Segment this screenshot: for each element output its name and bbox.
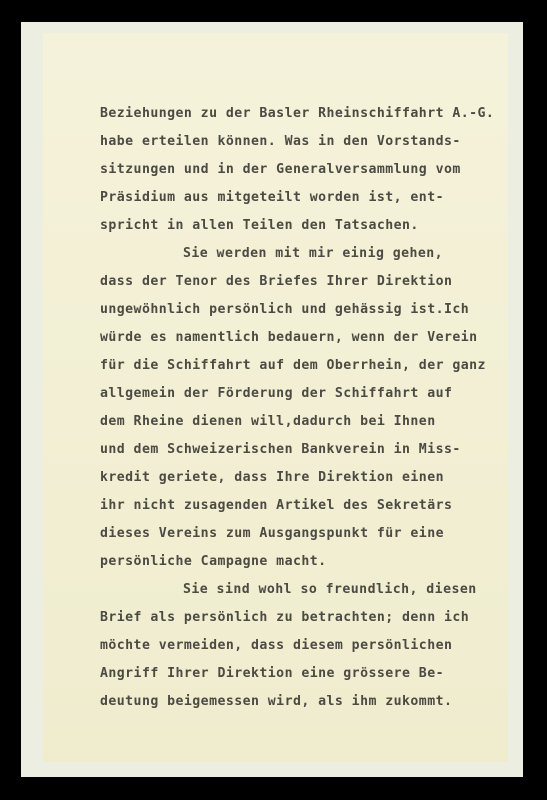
text-line: würde es namentlich bedauern, wenn der V…: [100, 328, 520, 356]
text-line: kredit geriete, dass Ihre Direktion eine…: [100, 468, 520, 496]
text-line: persönliche Campagne macht.: [100, 552, 520, 580]
text-line: dem Rheine dienen will,dadurch bei Ihnen: [100, 412, 520, 440]
text-line: für die Schiffahrt auf dem Oberrhein, de…: [100, 356, 520, 384]
text-line: dass der Tenor des Briefes Ihrer Direkti…: [100, 272, 520, 300]
text-line: und dem Schweizerischen Bankverein in Mi…: [100, 440, 520, 468]
text-line: Brief als persönlich zu betrachten; denn…: [100, 608, 520, 636]
text-line: habe erteilen können. Was in den Vorstan…: [100, 132, 520, 160]
text-line: dieses Vereins zum Ausgangspunkt für ein…: [100, 524, 520, 552]
text-line: ihr nicht zusagenden Artikel des Sekretä…: [100, 496, 520, 524]
text-line: Beziehungen zu der Basler Rheinschiffahr…: [100, 104, 520, 132]
text-line: allgemein der Förderung der Schiffahrt a…: [100, 384, 520, 412]
text-line: sitzungen und in der Generalversammlung …: [100, 160, 520, 188]
text-line: möchte vermeiden, dass diesem persönlich…: [100, 636, 520, 664]
text-line: Präsidium aus mitgeteilt worden ist, ent…: [100, 188, 520, 216]
text-line: Angriff Ihrer Direktion eine grössere Be…: [100, 664, 520, 692]
text-line: deutung beigemessen wird, als ihm zukomm…: [100, 692, 520, 720]
letter-body: Beziehungen zu der Basler Rheinschiffahr…: [100, 104, 520, 720]
text-line: Sie sind wohl so freundlich, diesen: [100, 580, 520, 608]
text-line: ungewöhnlich persönlich und gehässig ist…: [100, 300, 520, 328]
text-line: Sie werden mit mir einig gehen,: [100, 244, 520, 272]
text-line: spricht in allen Teilen den Tatsachen.: [100, 216, 520, 244]
